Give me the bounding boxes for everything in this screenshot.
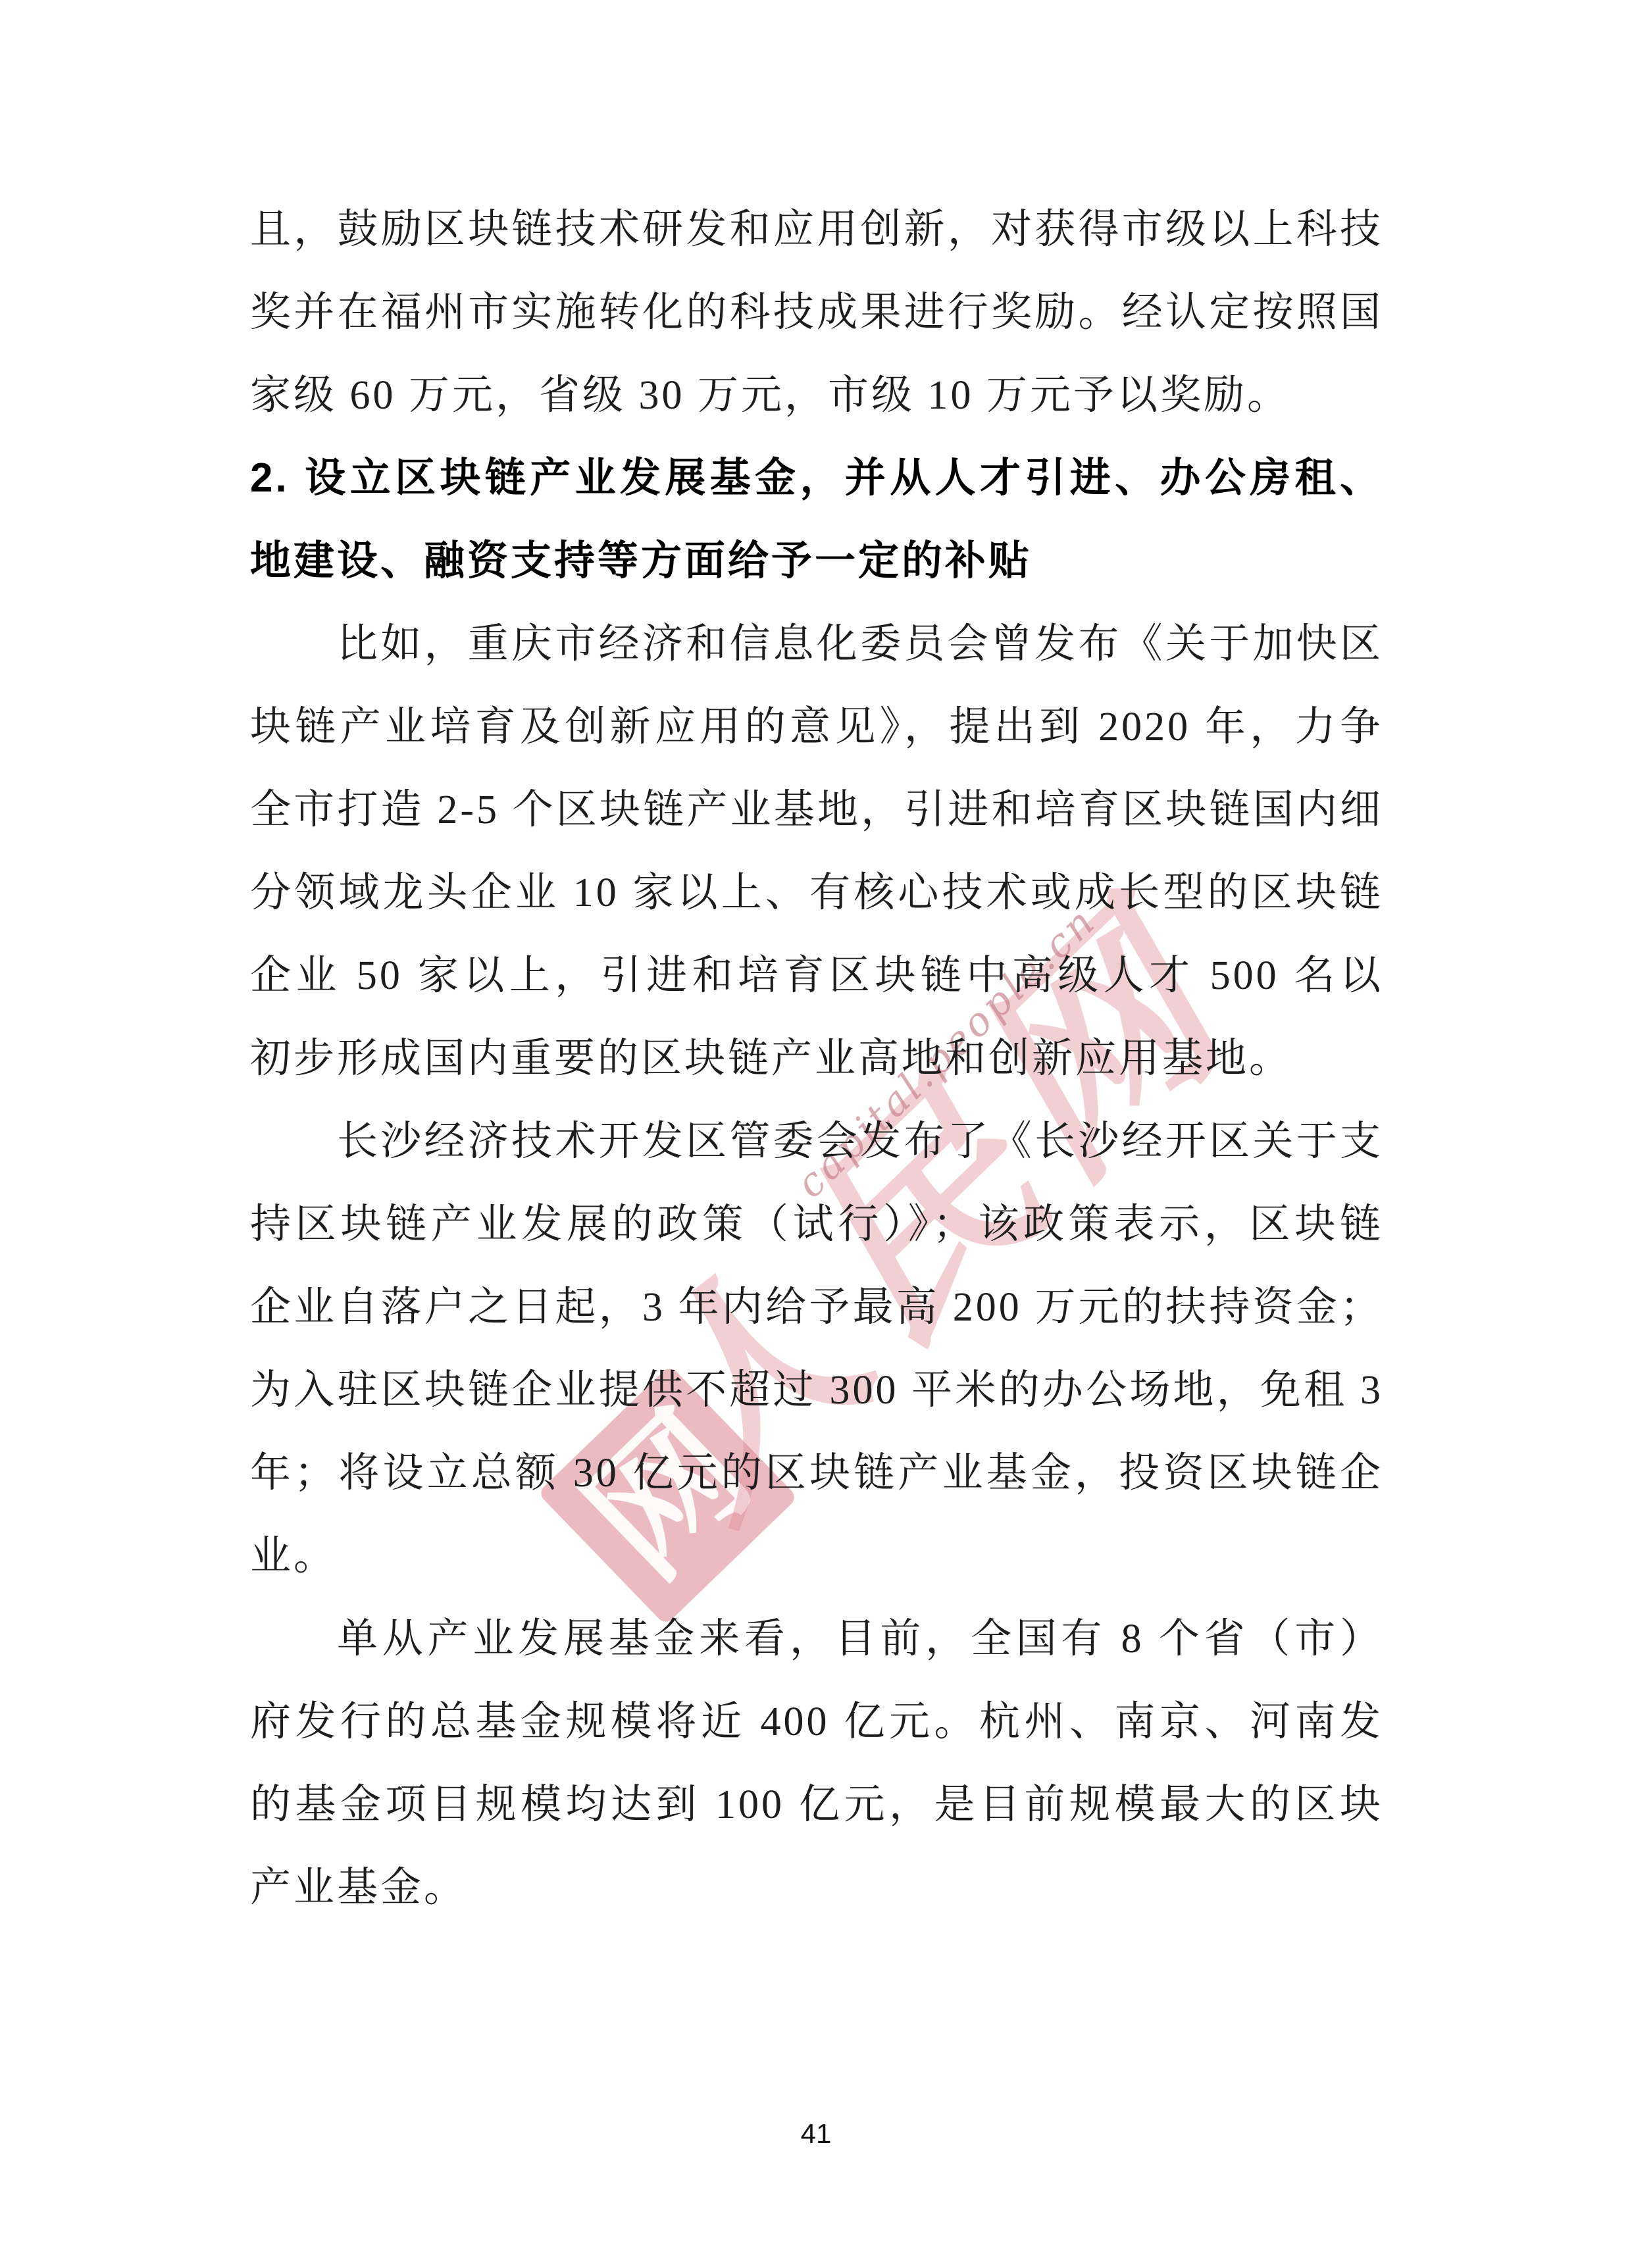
text-line: 持区块链产业发展的政策（试行）》；该政策表示，区块链 xyxy=(250,1183,1383,1266)
text-line: 单从产业发展基金来看，目前，全国有 8 个省（市）政 xyxy=(250,1598,1383,1680)
paragraph: 长沙经济技术开发区管委会发布了《长沙经开区关于支持区块链产业发展的政策（试行）》… xyxy=(250,1100,1383,1598)
text-line: 长沙经济技术开发区管委会发布了《长沙经开区关于支 xyxy=(250,1100,1383,1183)
text-line: 比如，重庆市经济和信息化委员会曾发布《关于加快区 xyxy=(250,603,1383,686)
text-line: 2. 设立区块链产业发展基金，并从人才引进、办公房租、基 xyxy=(250,437,1383,520)
text-line: 为入驻区块链企业提供不超过 300 平米的办公场地，免租 3 xyxy=(250,1349,1383,1432)
text-line: 分领域龙头企业 10 家以上、有核心技术或成长型的区块链 xyxy=(250,851,1383,934)
text-line: 全市打造 2-5 个区块链产业基地，引进和培育区块链国内细 xyxy=(250,769,1383,851)
text-line: 初步形成国内重要的区块链产业高地和创新应用基地。 xyxy=(250,1017,1383,1100)
text-line: 奖并在福州市实施转化的科技成果进行奖励。经认定按照国 xyxy=(250,271,1383,354)
paragraph: 单从产业发展基金来看，目前，全国有 8 个省（市）政府发行的总基金规模将近 40… xyxy=(250,1598,1383,1929)
page-number: 41 xyxy=(0,2117,1632,2150)
text-line: 企业 50 家以上，引进和培育区块链中高级人才 500 名以上， xyxy=(250,934,1383,1017)
text-line: 府发行的总基金规模将近 400 亿元。杭州、南京、河南发起 xyxy=(250,1680,1383,1763)
paragraph: 且，鼓励区块链技术研发和应用创新，对获得市级以上科技奖并在福州市实施转化的科技成… xyxy=(250,188,1383,437)
text-line: 且，鼓励区块链技术研发和应用创新，对获得市级以上科技 xyxy=(250,188,1383,271)
text-line: 企业自落户之日起，3 年内给予最高 200 万元的扶持资金； xyxy=(250,1266,1383,1349)
text-line: 块链产业培育及创新应用的意见》，提出到 2020 年，力争 xyxy=(250,686,1383,769)
text-line: 年；将设立总额 30 亿元的区块链产业基金，投资区块链企 xyxy=(250,1432,1383,1515)
paragraph: 比如，重庆市经济和信息化委员会曾发布《关于加快区块链产业培育及创新应用的意见》，… xyxy=(250,603,1383,1100)
text-line: 的基金项目规模均达到 100 亿元，是目前规模最大的区块链 xyxy=(250,1763,1383,1846)
section-heading: 2. 设立区块链产业发展基金，并从人才引进、办公房租、基地建设、融资支持等方面给… xyxy=(250,437,1383,603)
text-line: 地建设、融资支持等方面给予一定的补贴 xyxy=(250,520,1383,603)
text-line: 家级 60 万元，省级 30 万元，市级 10 万元予以奖励。 xyxy=(250,354,1383,437)
text-line: 业。 xyxy=(250,1515,1383,1598)
text-line: 产业基金。 xyxy=(250,1846,1383,1929)
document-body: 且，鼓励区块链技术研发和应用创新，对获得市级以上科技奖并在福州市实施转化的科技成… xyxy=(250,188,1383,1929)
